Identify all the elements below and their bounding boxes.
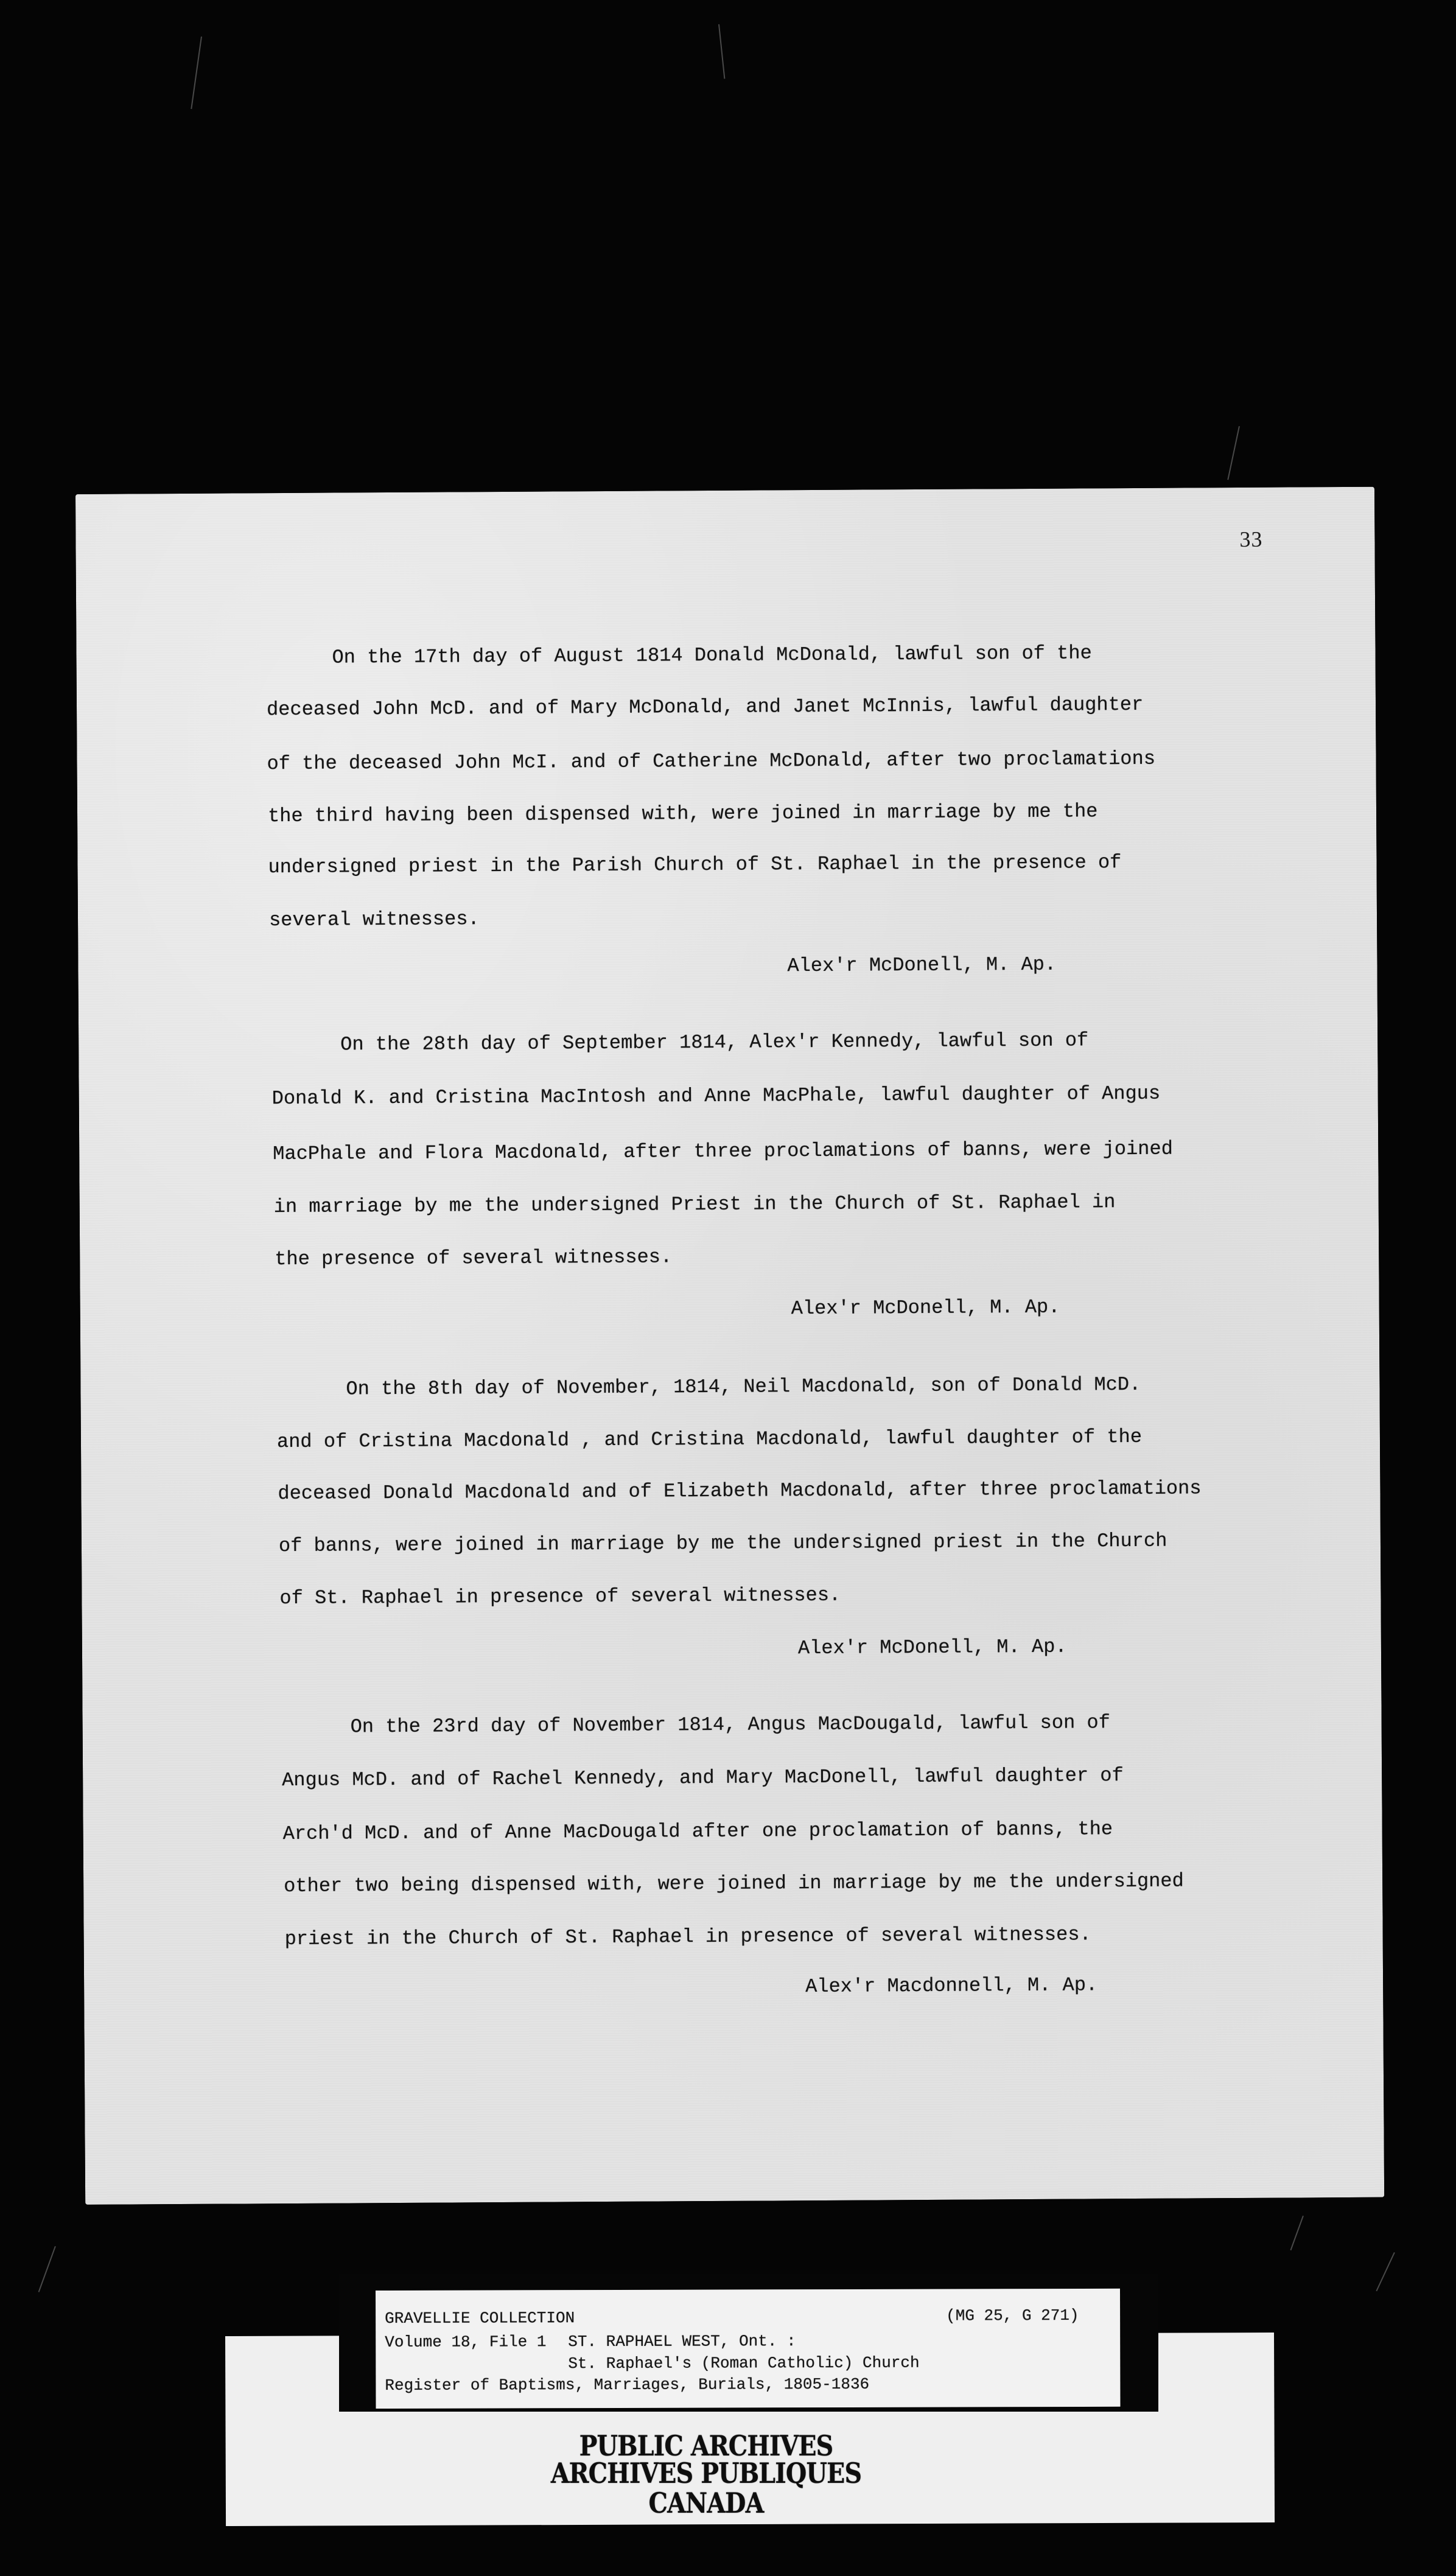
entry-signature: Alex'r McDonell, M. Ap. xyxy=(787,955,1056,976)
entry-signature: Alex'r McDonell, M. Ap. xyxy=(791,1298,1060,1319)
entry-line: Arch'd McD. and of Anne MacDougald after… xyxy=(283,1819,1113,1844)
entry-line: of St. Raphael in presence of several wi… xyxy=(279,1586,841,1608)
register-description: Register of Baptisms, Marriages, Burials… xyxy=(385,2376,869,2393)
entry-line: and of Cristina Macdonald , and Cristina… xyxy=(277,1427,1142,1452)
film-scratch xyxy=(38,2246,56,2292)
entry-line: in marriage by me the undersigned Priest… xyxy=(274,1192,1116,1217)
register-entry: On the 8th day of November, 1814, Neil M… xyxy=(75,487,1374,494)
church-name: St. Raphael's (Roman Catholic) Church xyxy=(568,2355,919,2372)
film-scratch xyxy=(191,37,202,109)
entry-line: undersigned priest in the Parish Church … xyxy=(268,853,1121,877)
entry-line: Angus McD. and of Rachel Kennedy, and Ma… xyxy=(282,1766,1124,1790)
entry-line: deceased John McD. and of Mary McDonald,… xyxy=(267,695,1143,719)
entry-line: On the 8th day of November, 1814, Neil M… xyxy=(346,1375,1141,1399)
collection-name: GRAVELLIE COLLECTION xyxy=(385,2310,575,2326)
film-scratch xyxy=(1227,426,1240,480)
place-name: ST. RAPHAEL WEST, Ont. : xyxy=(568,2333,796,2350)
entry-line: On the 23rd day of November 1814, Angus … xyxy=(351,1713,1110,1737)
entry-line: Donald K. and Cristina MacIntosh and Ann… xyxy=(272,1084,1161,1108)
entry-line: the third having been dispensed with, we… xyxy=(268,802,1098,826)
archive-stamp-line-1: PUBLIC ARCHIVES xyxy=(549,2432,863,2460)
register-entry: On the 17th day of August 1814 Donald Mc… xyxy=(75,487,1374,494)
volume-file: Volume 18, File 1 xyxy=(385,2334,546,2350)
register-entry: On the 23rd day of November 1814, Angus … xyxy=(75,487,1374,494)
archive-stamp-line-2: ARCHIVES PUBLIQUES xyxy=(549,2459,863,2487)
entry-line: of the deceased John McI. and of Catheri… xyxy=(267,749,1155,774)
archive-stamp-line-3: CANADA xyxy=(549,2489,863,2517)
archive-label-card: GRAVELLIE COLLECTION (MG 25, G 271) Volu… xyxy=(376,2289,1121,2409)
entry-line: MacPhale and Flora Macdonald, after thre… xyxy=(273,1139,1173,1164)
film-scratch xyxy=(718,24,725,79)
entry-line: deceased Donald Macdonald and of Elizabe… xyxy=(278,1479,1201,1503)
film-scratch xyxy=(1290,2216,1303,2250)
entry-signature: Alex'r Macdonnell, M. Ap. xyxy=(805,1975,1097,1997)
register-entry: On the 28th day of September 1814, Alex'… xyxy=(75,487,1374,494)
entry-line: several witnesses. xyxy=(269,909,480,930)
entry-line: On the 17th day of August 1814 Donald Mc… xyxy=(332,643,1091,667)
entry-signature: Alex'r McDonell, M. Ap. xyxy=(798,1637,1067,1659)
entry-line: of banns, were joined in marriage by me … xyxy=(279,1531,1167,1556)
film-scratch xyxy=(1376,2252,1395,2291)
entry-line: other two being dispensed with, were joi… xyxy=(284,1872,1184,1897)
entry-line: priest in the Church of St. Raphael in p… xyxy=(285,1925,1091,1949)
entry-line: On the 28th day of September 1814, Alex'… xyxy=(340,1031,1088,1054)
archive-reference: (MG 25, G 271) xyxy=(946,2308,1079,2324)
page-number: 33 xyxy=(1239,527,1262,552)
register-page: 33 On the 17th day of August 1814 Donald… xyxy=(75,487,1384,2205)
entry-line: the presence of several witnesses. xyxy=(275,1247,672,1269)
